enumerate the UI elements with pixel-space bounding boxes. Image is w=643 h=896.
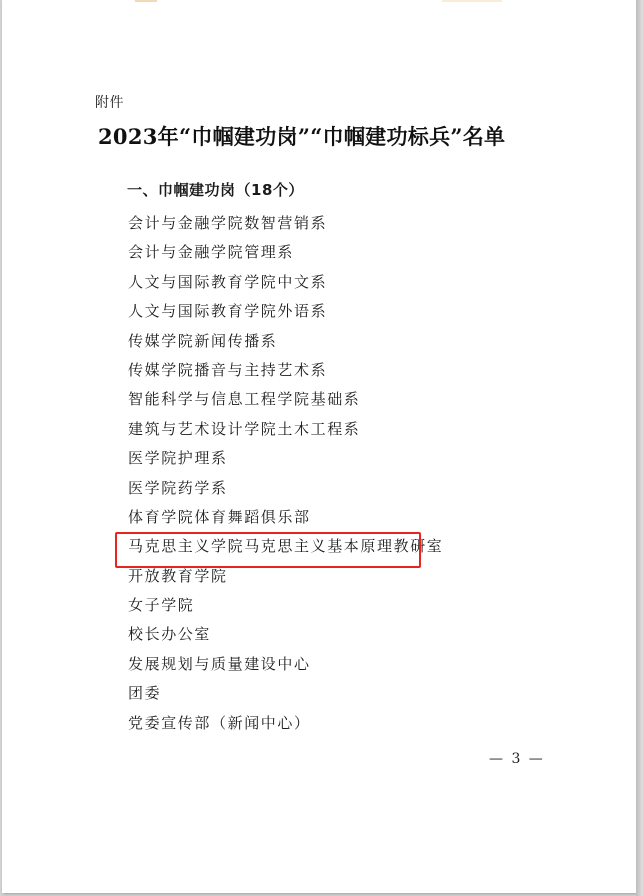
list-item: 体育学院体育舞蹈俱乐部 [128, 503, 443, 532]
list-item: 传媒学院新闻传播系 [128, 327, 443, 356]
list-item: 发展规划与质量建设中心 [128, 650, 443, 679]
list-item: 团委 [128, 679, 443, 708]
award-list: 会计与金融学院数智营销系 会计与金融学院管理系 人文与国际教育学院中文系 人文与… [128, 209, 443, 738]
list-item: 人文与国际教育学院外语系 [128, 297, 443, 326]
attachment-label: 附件 [95, 92, 124, 112]
list-item: 建筑与艺术设计学院土木工程系 [128, 415, 443, 444]
list-item: 医学院护理系 [128, 444, 443, 473]
document-title: 2023年“巾帼建功岗”“巾帼建功标兵”名单 [98, 121, 568, 151]
list-item: 党委宣传部（新闻中心） [128, 709, 443, 738]
highlight-box [115, 532, 421, 568]
list-item: 会计与金融学院数智营销系 [128, 209, 443, 238]
document-page: 附件 2023年“巾帼建功岗”“巾帼建功标兵”名单 一、巾帼建功岗（18个） 会… [2, 0, 636, 893]
list-item: 女子学院 [128, 591, 443, 620]
page-number: — 3 — [489, 751, 545, 767]
list-item: 校长办公室 [128, 620, 443, 649]
list-item: 医学院药学系 [128, 474, 443, 503]
list-item: 智能科学与信息工程学院基础系 [128, 385, 443, 414]
list-item: 会计与金融学院管理系 [128, 238, 443, 267]
scan-artifact [135, 0, 157, 2]
section-heading: 一、巾帼建功岗（18个） [127, 179, 304, 200]
list-item: 传媒学院播音与主持艺术系 [128, 356, 443, 385]
scan-artifact [442, 0, 502, 2]
list-item: 人文与国际教育学院中文系 [128, 268, 443, 297]
page-edge-shadow [636, 0, 643, 896]
